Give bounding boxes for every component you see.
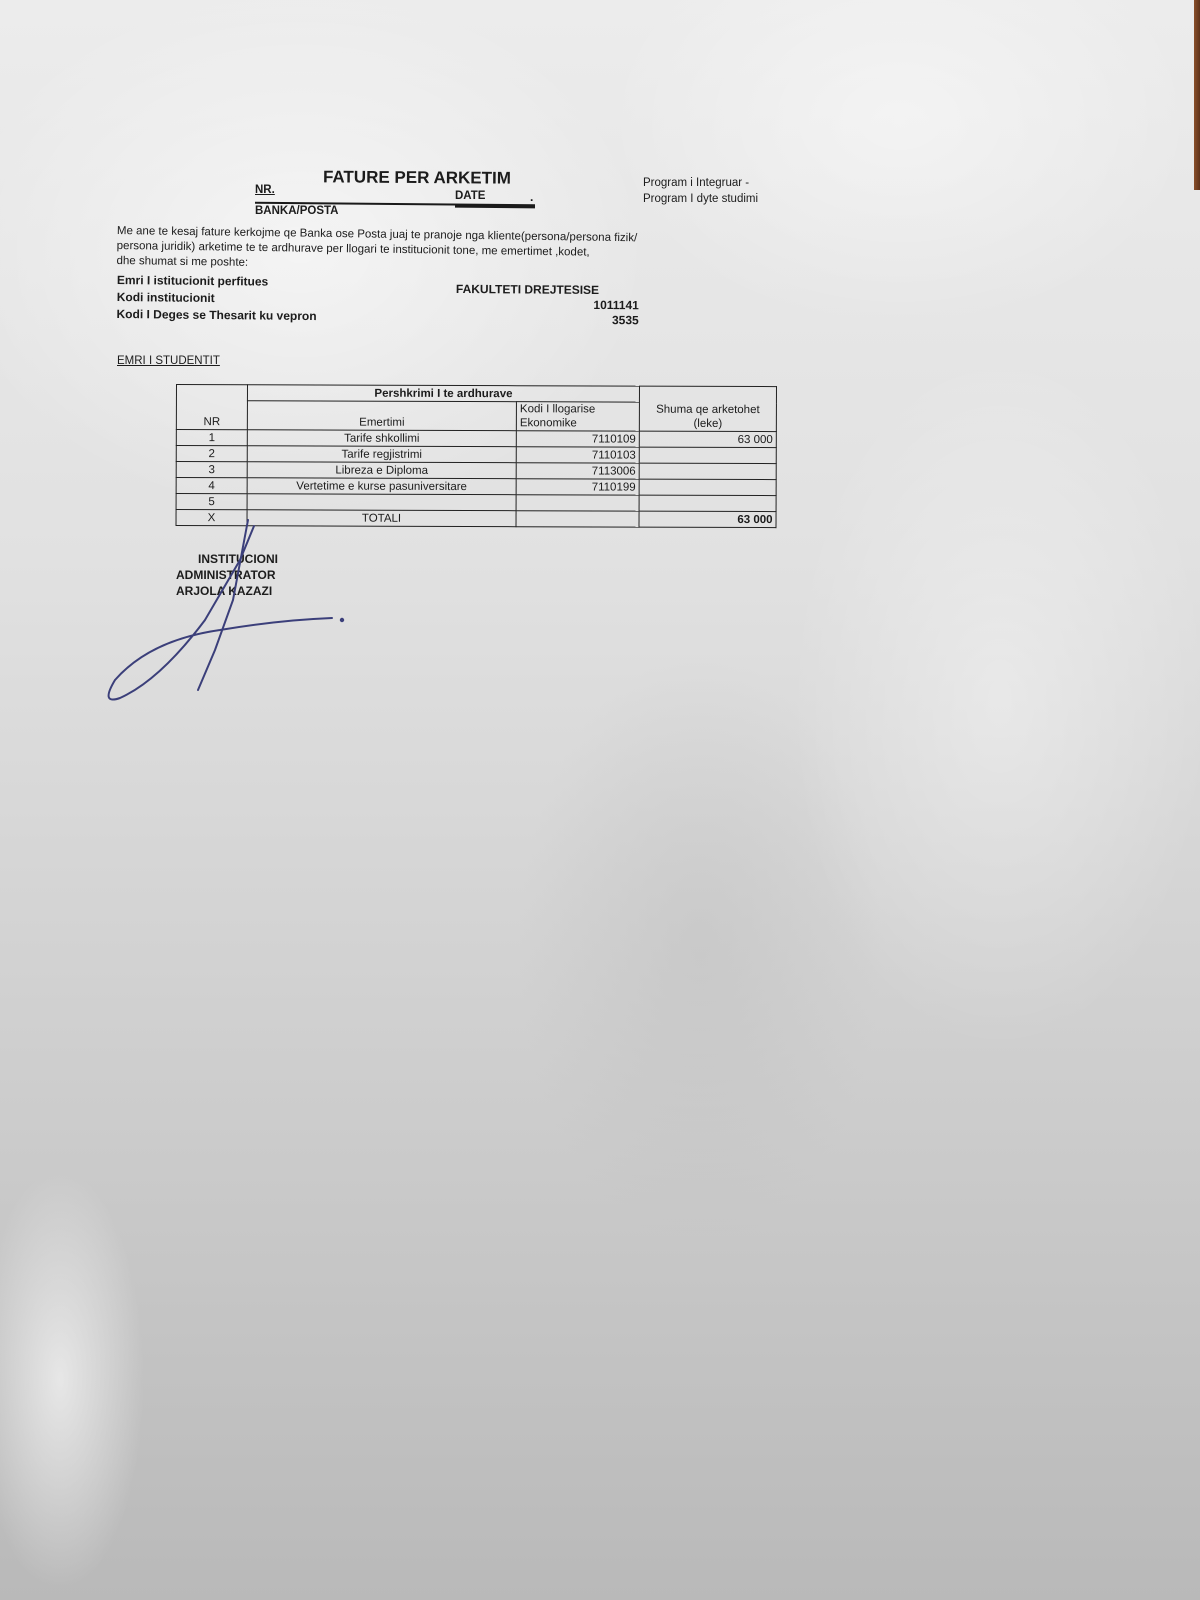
row-name — [247, 494, 516, 511]
institution-name: FAKULTETI DREJTESISE — [456, 282, 639, 298]
col-header-name: Emertimi — [247, 401, 516, 431]
signer-role: ADMINISTRATOR — [176, 567, 278, 583]
row-amount — [639, 447, 776, 463]
signer-block: INSTITUCIONI ADMINISTRATOR ARJOLA KAZAZI — [176, 551, 278, 599]
invoice-document: FATURE PER ARKETIM NR. DATE . BANKA/POST… — [0, 0, 1200, 1600]
program-line: Program i Integruar - — [643, 175, 758, 191]
date-rule — [455, 205, 535, 209]
total-amount: 63 000 — [639, 511, 776, 527]
row-nr: 5 — [176, 494, 247, 510]
row-name: Libreza e Diploma — [247, 462, 516, 479]
col-header-amount: Shuma qe arketohet (leke) — [639, 386, 776, 431]
signer-institution: INSTITUCIONI — [176, 551, 278, 567]
institution-code-label: Kodi institucionit — [117, 289, 317, 308]
date-field-end: . — [530, 190, 533, 204]
row-name: Vertetime e kurse pasuniversitare — [247, 478, 516, 495]
treasury-branch-label: Kodi I Deges se Thesarit ku vepron — [116, 306, 316, 325]
total-label: TOTALI — [247, 510, 516, 527]
row-nr: 3 — [176, 462, 247, 478]
student-name-label: EMRI I STUDENTIT — [117, 355, 220, 367]
row-amount — [639, 479, 776, 495]
row-code: 7110103 — [516, 447, 639, 463]
row-code: 7110199 — [516, 479, 639, 495]
invoice-number-label: NR. — [255, 184, 275, 196]
row-nr: 1 — [176, 430, 247, 446]
row-code — [516, 495, 639, 511]
col-header-code: Kodi I llogarise Ekonomike — [516, 402, 639, 431]
date-label: DATE — [455, 190, 485, 202]
program-line: Program I dyte studimi — [643, 191, 758, 207]
institution-labels: Emri I istitucionit perfitues Kodi insti… — [116, 272, 317, 325]
col-header-nr: NR — [176, 385, 247, 430]
institution-code: 1011141 — [456, 297, 639, 313]
total-row: X TOTALI 63 000 — [176, 510, 776, 528]
row-code: 7113006 — [516, 463, 639, 479]
row-amount: 63 000 — [639, 431, 776, 447]
bank-post-label: BANKA/POSTA — [255, 205, 338, 217]
program-info: Program i Integruar - Program I dyte stu… — [643, 175, 758, 207]
row-name: Tarife shkollimi — [247, 430, 516, 447]
row-amount — [639, 463, 776, 479]
intro-paragraph: Me ane te kesaj fature kerkojme qe Banka… — [116, 224, 637, 276]
revenue-table: NR Pershkrimi I te ardhurave Shuma qe ar… — [176, 384, 777, 528]
row-name: Tarife regjistrimi — [247, 446, 516, 463]
row-amount — [639, 495, 776, 511]
row-nr: 2 — [176, 446, 247, 462]
treasury-code: 3535 — [456, 312, 639, 328]
total-code — [516, 511, 639, 527]
document-title: FATURE PER ARKETIM — [323, 167, 511, 188]
row-nr: 4 — [176, 478, 247, 494]
row-code: 7110109 — [516, 431, 639, 447]
group-header: Pershkrimi I te ardhurave — [247, 385, 639, 402]
institution-name-label: Emri I istitucionit perfitues — [117, 272, 317, 291]
total-nr: X — [176, 510, 247, 526]
institution-values: FAKULTETI DREJTESISE 1011141 3535 — [456, 282, 639, 328]
signer-name: ARJOLA KAZAZI — [176, 583, 278, 599]
